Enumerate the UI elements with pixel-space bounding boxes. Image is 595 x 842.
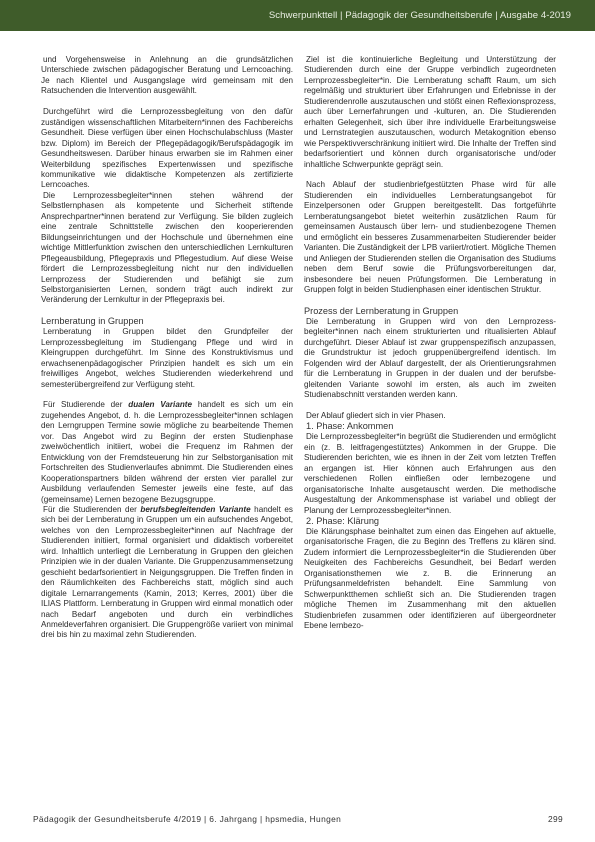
page-footer: Pädagogik der Gesundheitsberufe 4/2019 |… <box>33 814 563 824</box>
page-number: 299 <box>548 814 563 824</box>
paragraph: Für Studierende der dualen Variante hand… <box>41 400 293 505</box>
left-column: und Vorgehensweise in Anlehnung an die g… <box>41 55 293 641</box>
section-heading: Lernberatung in Gruppen <box>41 316 293 327</box>
paragraph-text: Für die Studierenden der <box>43 505 140 514</box>
emphasis-text: berufsbegleitenden Variante <box>140 505 250 514</box>
right-column: Ziel ist die kontinuierliche Begleitung … <box>304 55 556 632</box>
paragraph: Durchgeführt wird die Lernprozessbegleit… <box>41 107 293 191</box>
paragraph: Die Lernprozessbegleiter*innen stehen wä… <box>41 191 293 306</box>
footer-journal-info: Pädagogik der Gesundheitsberufe 4/2019 |… <box>33 814 341 824</box>
phase-heading: 2. Phase: Klärung <box>304 516 556 527</box>
paragraph: Der Ablauf gliedert sich in vier Phasen. <box>304 411 556 421</box>
emphasis-text: dualen Variante <box>128 400 192 409</box>
paragraph: Die Lernberatung in Gruppen wird von den… <box>304 317 556 401</box>
section-heading: Prozess der Lernberatung in Gruppen <box>304 306 556 317</box>
paragraph-text: handelt es sich bei der Lernberatung in … <box>41 505 293 639</box>
paragraph: Die Lernprozessbegleiter*in begrüßt die … <box>304 432 556 516</box>
paragraph: Für die Studierenden der berufsbegleiten… <box>41 505 293 641</box>
paragraph-text: Für Studierende der <box>43 400 128 409</box>
paragraph: Ziel ist die kontinuierliche Begleitung … <box>304 55 556 170</box>
header-bar: Schwerpunkttell | Pädagogik der Gesundhe… <box>0 0 595 31</box>
phase-heading: 1. Phase: Ankommen <box>304 421 556 432</box>
running-header-title: Schwerpunkttell | Pädagogik der Gesundhe… <box>269 10 571 21</box>
paragraph: und Vorgehensweise in Anlehnung an die g… <box>41 55 293 97</box>
paragraph: Nach Ablauf der studienbriefgestützten P… <box>304 180 556 295</box>
paragraph-text: handelt es sich um ein zugehendes Angebo… <box>41 400 293 503</box>
paragraph: Die Klärungsphase beinhaltet zum einen d… <box>304 527 556 632</box>
paragraph: Lernberatung in Gruppen bildet den Grund… <box>41 327 293 390</box>
